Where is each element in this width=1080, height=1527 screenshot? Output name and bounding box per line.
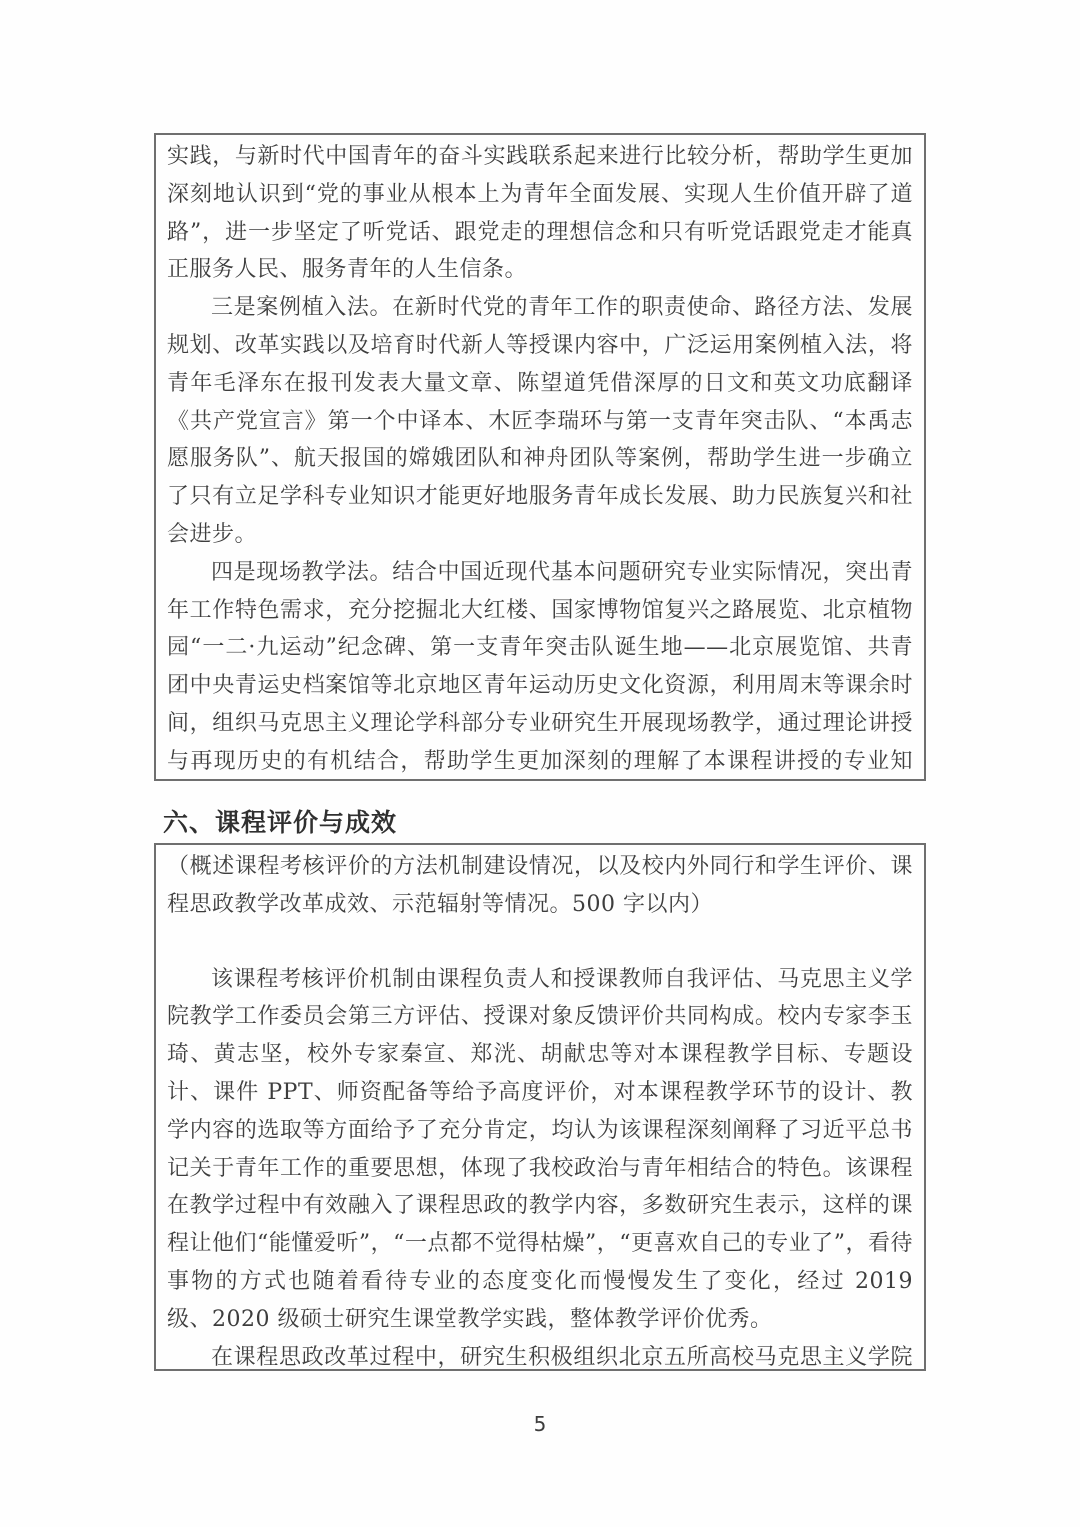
teaching-methods-box: 实践，与新时代中国青年的奋斗实践联系起来进行比较分析，帮助学生更加深刻地认识到“… — [154, 133, 926, 781]
course-evaluation-box: （概述课程考核评价的方法机制建设情况，以及校内外同行和学生评价、课程思政教学改革… — [154, 843, 926, 1371]
evaluation-instruction-note: （概述课程考核评价的方法机制建设情况，以及校内外同行和学生评价、课程思政教学改革… — [167, 848, 913, 924]
evaluation-paragraph-mechanism: 该课程考核评价机制由课程负责人和授课教师自我评估、马克思主义学院教学工作委员会第… — [167, 961, 913, 1339]
methods-paragraph-continued: 实践，与新时代中国青年的奋斗实践联系起来进行比较分析，帮助学生更加深刻地认识到“… — [167, 138, 913, 289]
methods-paragraph-field-teaching: 四是现场教学法。结合中国近现代基本问题研究专业实际情况，突出青年工作特色需求，充… — [167, 554, 913, 781]
section-heading-course-evaluation: 六、课程评价与成效 — [163, 803, 397, 839]
evaluation-paragraph-reform: 在课程思政改革过程中，研究生积极组织北京五所高校马克思主义学院研究生学术论坛，撰… — [167, 1339, 913, 1371]
methods-paragraph-case-method: 三是案例植入法。在新时代党的青年工作的职责使命、路径方法、发展规划、改革实践以及… — [167, 289, 913, 554]
document-page: 实践，与新时代中国青年的奋斗实践联系起来进行比较分析，帮助学生更加深刻地认识到“… — [0, 0, 1080, 1527]
page-number: 5 — [0, 1412, 1080, 1436]
